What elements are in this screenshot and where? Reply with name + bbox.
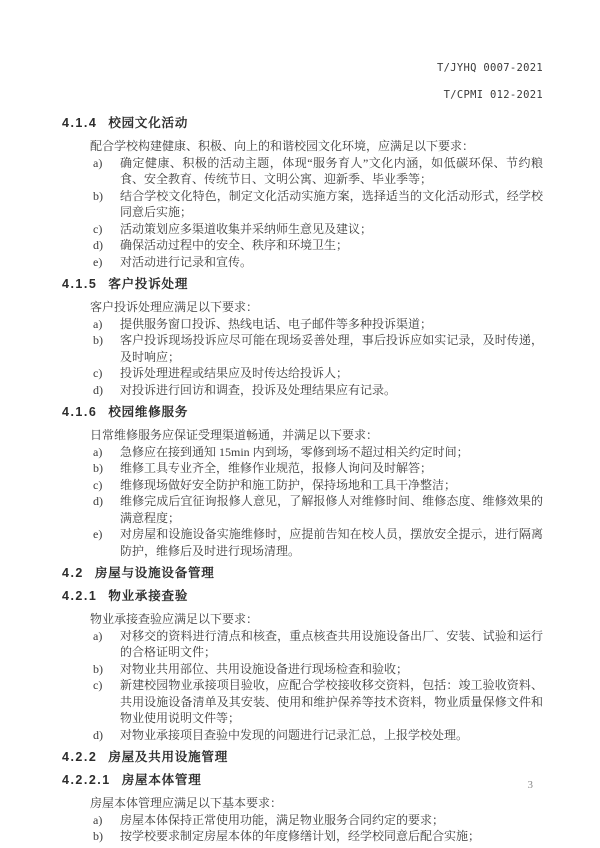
item-label: a) [93,155,120,188]
item-label: a) [93,812,120,829]
list-item: a)对移交的资料进行清点和核查，重点核查共用设施设备出厂、安装、试验和运行的合格… [93,628,543,661]
section-heading: 4.2房屋与设施设备管理 [62,565,543,582]
item-label: b) [93,188,120,221]
section-title: 房屋本体管理 [122,773,202,787]
item-text: 对物业承接项目查验中发现的问题进行记录汇总，上报学校处理。 [120,727,543,744]
section-title: 房屋与设施设备管理 [95,566,215,580]
section-title: 校园文化活动 [108,116,188,130]
section-number: 4.2.1 [62,589,97,603]
item-label: d) [93,727,120,744]
list-item: c)新建校园物业承接项目验收，应配合学校接收移交资料，包括：竣工验收资料、共用设… [93,677,543,727]
section-heading: 4.2.2.1房屋本体管理 [62,772,543,789]
item-label: c) [93,365,120,382]
list-item: a)提供服务窗口投诉、热线电话、电子邮件等多种投诉渠道； [93,316,543,333]
list-item: b)对物业共用部位、共用设施设备进行现场检查和验收； [93,661,543,678]
list-item: e)对房屋和设施设备实施维修时，应提前告知在校人员，摆放安全提示，进行隔离防护，… [93,526,543,559]
section-number: 4.2 [62,566,84,580]
list-item: e)对活动进行记录和宣传。 [93,254,543,271]
standard-code-secondary: T/CPMI 012-2021 [62,87,543,103]
item-label: c) [93,221,120,238]
item-label: a) [93,444,120,461]
item-label: b) [93,828,120,845]
standard-code-primary: T/JYHQ 0007-2021 [62,60,543,76]
item-text: 新建校园物业承接项目验收，应配合学校接收移交资料，包括：竣工验收资料、共用设施设… [120,677,543,727]
section-4.2: 4.2房屋与设施设备管理 [62,565,543,582]
list-item: b)维修工具专业齐全，维修作业规范，报修人询问及时解答； [93,460,543,477]
section-title: 房屋及共用设施管理 [108,750,228,764]
item-label: c) [93,477,120,494]
section-4.1.6: 4.1.6校园维修服务日常维修服务应保证受理渠道畅通，并满足以下要求：a)急修应… [62,404,543,559]
list-item: b)客户投诉现场投诉应尽可能在现场妥善处理，事后投诉应如实记录，及时传递，及时响… [93,332,543,365]
item-text: 对物业共用部位、共用设施设备进行现场检查和验收； [120,661,543,678]
item-text: 对活动进行记录和宣传。 [120,254,543,271]
item-text: 客户投诉现场投诉应尽可能在现场妥善处理，事后投诉应如实记录，及时传递，及时响应； [120,332,543,365]
section-4.2.1: 4.2.1物业承接查验物业承接查验应满足以下要求：a)对移交的资料进行清点和核查… [62,588,543,743]
section-title: 校园维修服务 [108,405,188,419]
section-title: 客户投诉处理 [108,277,188,291]
section-heading: 4.1.4校园文化活动 [62,115,543,132]
item-text: 维修工具专业齐全，维修作业规范，报修人询问及时解答； [120,460,543,477]
section-heading: 4.2.2房屋及共用设施管理 [62,749,543,766]
list-item: d)对物业承接项目查验中发现的问题进行记录汇总，上报学校处理。 [93,727,543,744]
item-text: 投诉处理进程或结果应及时传达给投诉人； [120,365,543,382]
item-label: b) [93,332,120,365]
standard-codes: T/JYHQ 0007-2021 T/CPMI 012-2021 [62,60,543,103]
item-label: b) [93,460,120,477]
sections: 4.1.4校园文化活动配合学校构建健康、积极、向上的和谐校园文化环境，应满足以下… [62,115,543,845]
list-item: b)结合学校文化特色，制定文化活动实施方案，选择适当的文化活动形式，经学校同意后… [93,188,543,221]
section-intro: 日常维修服务应保证受理渠道畅通，并满足以下要求： [90,427,543,444]
section-number: 4.1.4 [62,116,97,130]
item-label: d) [93,493,120,526]
item-label: a) [93,628,120,661]
item-text: 对房屋和设施设备实施维修时，应提前告知在校人员，摆放安全提示，进行隔离防护，维修… [120,526,543,559]
document-page: T/JYHQ 0007-2021 T/CPMI 012-2021 4.1.4校园… [0,0,600,848]
item-label: d) [93,382,120,399]
section-number: 4.1.5 [62,277,97,291]
item-label: a) [93,316,120,333]
item-text: 提供服务窗口投诉、热线电话、电子邮件等多种投诉渠道； [120,316,543,333]
list-item: d)确保活动过程中的安全、秩序和环境卫生； [93,237,543,254]
section-intro: 配合学校构建健康、积极、向上的和谐校园文化环境，应满足以下要求： [90,138,543,155]
list-item: c)投诉处理进程或结果应及时传达给投诉人； [93,365,543,382]
item-text: 确定健康、积极的活动主题，体现“服务育人”文化内涵，如低碳环保、节约粮食、安全教… [120,155,543,188]
item-text: 维修现场做好安全防护和施工防护，保持场地和工具干净整洁； [120,477,543,494]
section-intro: 房屋本体管理应满足以下基本要求： [90,795,543,812]
section-number: 4.1.6 [62,405,97,419]
section-4.2.2.1: 4.2.2.1房屋本体管理房屋本体管理应满足以下基本要求：a)房屋本体保持正常使… [62,772,543,845]
list-item: b)按学校要求制定房屋本体的年度修缮计划，经学校同意后配合实施； [93,828,543,845]
section-heading: 4.1.5客户投诉处理 [62,276,543,293]
list-item: a)房屋本体保持正常使用功能，满足物业服务合同约定的要求； [93,812,543,829]
section-4.2.2: 4.2.2房屋及共用设施管理 [62,749,543,766]
list-item: a)急修应在接到通知 15min 内到场，零修到场不超过相关约定时间； [93,444,543,461]
page-number: 3 [528,779,534,791]
item-text: 结合学校文化特色，制定文化活动实施方案，选择适当的文化活动形式，经学校同意后实施… [120,188,543,221]
item-text: 对移交的资料进行清点和核查，重点核查共用设施设备出厂、安装、试验和运行的合格证明… [120,628,543,661]
item-label: e) [93,526,120,559]
item-label: c) [93,677,120,727]
list-item: a)确定健康、积极的活动主题，体现“服务育人”文化内涵，如低碳环保、节约粮食、安… [93,155,543,188]
section-4.1.5: 4.1.5客户投诉处理客户投诉处理应满足以下要求：a)提供服务窗口投诉、热线电话… [62,276,543,398]
list-item: d)维修完成后宜征询报修人意见，了解报修人对维修时间、维修态度、维修效果的满意程… [93,493,543,526]
section-number: 4.2.2.1 [62,773,111,787]
section-heading: 4.2.1物业承接查验 [62,588,543,605]
section-intro: 客户投诉处理应满足以下要求： [90,299,543,316]
item-label: b) [93,661,120,678]
section-heading: 4.1.6校园维修服务 [62,404,543,421]
item-text: 急修应在接到通知 15min 内到场，零修到场不超过相关约定时间； [120,444,543,461]
item-text: 房屋本体保持正常使用功能，满足物业服务合同约定的要求； [120,812,543,829]
section-4.1.4: 4.1.4校园文化活动配合学校构建健康、积极、向上的和谐校园文化环境，应满足以下… [62,115,543,270]
item-label: d) [93,237,120,254]
item-text: 维修完成后宜征询报修人意见，了解报修人对维修时间、维修态度、维修效果的满意程度； [120,493,543,526]
item-label: e) [93,254,120,271]
section-number: 4.2.2 [62,750,97,764]
item-text: 对投诉进行回访和调查，投诉及处理结果应有记录。 [120,382,543,399]
item-text: 按学校要求制定房屋本体的年度修缮计划，经学校同意后配合实施； [120,828,543,845]
list-item: c)维修现场做好安全防护和施工防护，保持场地和工具干净整洁； [93,477,543,494]
section-intro: 物业承接查验应满足以下要求： [90,611,543,628]
list-item: d)对投诉进行回访和调查，投诉及处理结果应有记录。 [93,382,543,399]
list-item: c)活动策划应多渠道收集并采纳师生意见及建议； [93,221,543,238]
section-title: 物业承接查验 [108,589,188,603]
item-text: 活动策划应多渠道收集并采纳师生意见及建议； [120,221,543,238]
item-text: 确保活动过程中的安全、秩序和环境卫生； [120,237,543,254]
